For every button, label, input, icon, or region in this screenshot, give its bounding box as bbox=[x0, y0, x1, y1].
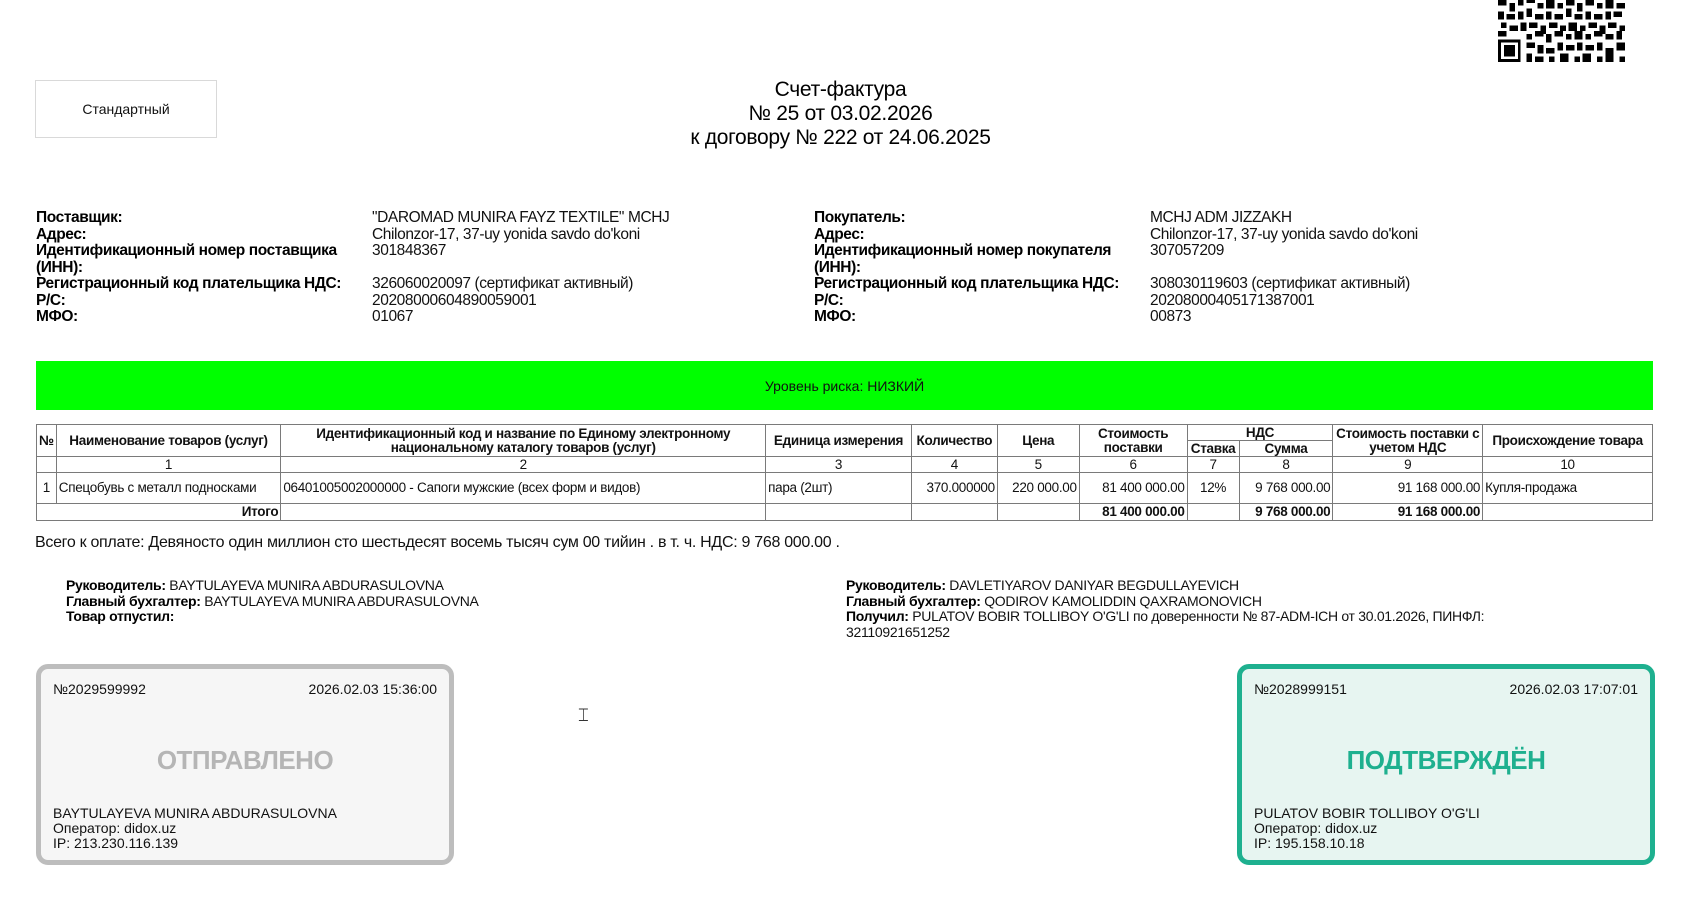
col-header-catalog: Идентификационный код и название по Един… bbox=[281, 425, 766, 457]
supplier-name: "DAROMAD MUNIRA FAYZ TEXTILE" MCHJ bbox=[372, 210, 669, 227]
supplier-vat: 326060020097 (сертификат активный) bbox=[372, 276, 633, 293]
risk-level-text: Уровень риска: НИЗКИЙ bbox=[765, 378, 924, 394]
buyer-account: 20208000405171387001 bbox=[1150, 293, 1314, 310]
buyer-inn-label: Идентификационный номер покупателя (ИНН)… bbox=[814, 243, 1150, 276]
supplier-signers: Руководитель: BAYTULAYEVA MUNIRA ABDURAS… bbox=[66, 578, 479, 625]
title-line-3: к договору № 222 от 24.06.2025 bbox=[0, 126, 1681, 150]
column-numbers-row: 1 2 3 4 5 6 7 8 9 10 bbox=[37, 457, 1653, 473]
total-vat-sum: 9 768 000.00 bbox=[1239, 504, 1333, 521]
cell-no: 1 bbox=[37, 473, 57, 504]
cell-name: Спецобувь с металл подносками bbox=[56, 473, 281, 504]
supplier-director: BAYTULAYEVA MUNIRA ABDURASULOVNA bbox=[169, 577, 443, 593]
col-header-vat: НДС bbox=[1187, 425, 1333, 441]
buyer-director-label: Руководитель: bbox=[846, 577, 946, 593]
supplier-address-label: Адрес: bbox=[36, 227, 372, 244]
total-cost: 81 400 000.00 bbox=[1079, 504, 1187, 521]
buyer-mfo-label: МФО: bbox=[814, 309, 1150, 326]
buyer-name: MCHJ ADM JIZZAKH bbox=[1150, 210, 1292, 227]
table-row: 1 Спецобувь с металл подносками 06401005… bbox=[37, 473, 1653, 504]
total-row: Итого 81 400 000.00 9 768 000.00 91 168 … bbox=[37, 504, 1653, 521]
stamp-signer-name: PULATOV BOBIR TOLLIBOY O'G'LI bbox=[1254, 806, 1480, 821]
supplier-vat-label: Регистрационный код плательщика НДС: bbox=[36, 276, 372, 293]
cell-vat-sum: 9 768 000.00 bbox=[1239, 473, 1333, 504]
col-header-cost: Стоимость поставки bbox=[1079, 425, 1187, 457]
stamp-ip: IP: 213.230.116.139 bbox=[53, 836, 337, 851]
buyer-mfo: 00873 bbox=[1150, 309, 1191, 326]
cell-origin: Купля-продажа bbox=[1483, 473, 1653, 504]
col-header-unit: Единица измерения bbox=[766, 425, 912, 457]
supplier-block: Поставщик:"DAROMAD MUNIRA FAYZ TEXTILE" … bbox=[36, 210, 669, 326]
buyer-director: DAVLETIYAROV DANIYAR BEGDULLAYEVICH bbox=[949, 577, 1239, 593]
items-table: № Наименование товаров (услуг) Идентифик… bbox=[36, 424, 1653, 521]
received-by-label: Получил: bbox=[846, 608, 909, 624]
stamp-status: ОТПРАВЛЕНО bbox=[41, 745, 449, 776]
col-num-4: 4 bbox=[911, 457, 997, 473]
title-line-2: № 25 от 03.02.2026 bbox=[0, 102, 1681, 126]
released-by-label: Товар отпустил: bbox=[66, 608, 174, 624]
stamp-number: №2028999151 bbox=[1254, 681, 1347, 697]
total-in-words: Всего к оплате: Девяносто один миллион с… bbox=[35, 534, 840, 552]
supplier-inn-label: Идентификационный номер поставщика (ИНН)… bbox=[36, 243, 372, 276]
text-cursor-icon: ⌶ bbox=[578, 705, 589, 726]
stamp-datetime: 2026.02.03 15:36:00 bbox=[309, 681, 437, 697]
supplier-accountant: BAYTULAYEVA MUNIRA ABDURASULOVNA bbox=[204, 593, 478, 609]
stamp-signer-name: BAYTULAYEVA MUNIRA ABDURASULOVNA bbox=[53, 806, 337, 821]
confirmed-stamp: №2028999151 2026.02.03 17:07:01 ПОДТВЕРЖ… bbox=[1237, 664, 1655, 865]
col-num-7: 7 bbox=[1187, 457, 1239, 473]
cell-catalog: 06401005002000000 - Сапоги мужские (всех… bbox=[281, 473, 766, 504]
col-header-cost-with-vat: Стоимость поставки с учетом НДС bbox=[1333, 425, 1483, 457]
supplier-mfo-label: МФО: bbox=[36, 309, 372, 326]
col-header-vat-sum: Сумма bbox=[1239, 441, 1333, 457]
document-title: Счет-фактура № 25 от 03.02.2026 к догово… bbox=[0, 78, 1681, 150]
total-cost-with-vat: 91 168 000.00 bbox=[1333, 504, 1483, 521]
supplier-account-label: Р/С: bbox=[36, 293, 372, 310]
buyer-vat: 308030119603 (сертификат активный) bbox=[1150, 276, 1410, 293]
received-by: PULATOV BOBIR TOLLIBOY O'G'LI по доверен… bbox=[846, 608, 1484, 640]
col-num-10: 10 bbox=[1483, 457, 1653, 473]
col-num-3: 3 bbox=[766, 457, 912, 473]
supplier-inn: 301848367 bbox=[372, 243, 446, 276]
supplier-director-label: Руководитель: bbox=[66, 577, 166, 593]
cell-price: 220 000.00 bbox=[997, 473, 1079, 504]
supplier-mfo: 01067 bbox=[372, 309, 413, 326]
buyer-accountant-label: Главный бухгалтер: bbox=[846, 593, 981, 609]
stamp-ip: IP: 195.158.10.18 bbox=[1254, 836, 1480, 851]
total-label: Итого bbox=[37, 504, 281, 521]
cell-vat-rate: 12% bbox=[1187, 473, 1239, 504]
col-header-no: № bbox=[37, 425, 57, 457]
risk-level-banner: Уровень риска: НИЗКИЙ bbox=[36, 361, 1653, 410]
buyer-address: Chilonzor-17, 37-uy yonida savdo do'koni bbox=[1150, 227, 1418, 244]
col-header-qty: Количество bbox=[911, 425, 997, 457]
title-line-1: Счет-фактура bbox=[0, 78, 1681, 102]
buyer-account-label: Р/С: bbox=[814, 293, 1150, 310]
col-header-vat-rate: Ставка bbox=[1187, 441, 1239, 457]
col-header-name: Наименование товаров (услуг) bbox=[56, 425, 281, 457]
stamp-operator: Оператор: didox.uz bbox=[53, 821, 337, 836]
cell-cost: 81 400 000.00 bbox=[1079, 473, 1187, 504]
col-num-5: 5 bbox=[997, 457, 1079, 473]
col-header-origin: Происхождение товара bbox=[1483, 425, 1653, 457]
stamp-number: №2029599992 bbox=[53, 681, 146, 697]
buyer-name-label: Покупатель: bbox=[814, 210, 1150, 227]
buyer-inn: 307057209 bbox=[1150, 243, 1224, 276]
supplier-name-label: Поставщик: bbox=[36, 210, 372, 227]
col-num-6: 6 bbox=[1079, 457, 1187, 473]
supplier-accountant-label: Главный бухгалтер: bbox=[66, 593, 201, 609]
buyer-vat-label: Регистрационный код плательщика НДС: bbox=[814, 276, 1150, 293]
supplier-address: Chilonzor-17, 37-uy yonida savdo do'koni bbox=[372, 227, 640, 244]
cell-qty: 370.000000 bbox=[911, 473, 997, 504]
qr-code-icon bbox=[1494, 0, 1632, 62]
buyer-signers: Руководитель: DAVLETIYAROV DANIYAR BEGDU… bbox=[846, 578, 1566, 640]
col-num-8: 8 bbox=[1239, 457, 1333, 473]
cell-unit: пара (2шт) bbox=[766, 473, 912, 504]
supplier-account: 20208000604890059001 bbox=[372, 293, 536, 310]
stamp-operator: Оператор: didox.uz bbox=[1254, 821, 1480, 836]
buyer-address-label: Адрес: bbox=[814, 227, 1150, 244]
col-num-2: 2 bbox=[281, 457, 766, 473]
sent-stamp: №2029599992 2026.02.03 15:36:00 ОТПРАВЛЕ… bbox=[36, 664, 454, 865]
col-num-9: 9 bbox=[1333, 457, 1483, 473]
stamp-status: ПОДТВЕРЖДЁН bbox=[1242, 745, 1650, 776]
cell-cost-with-vat: 91 168 000.00 bbox=[1333, 473, 1483, 504]
stamp-datetime: 2026.02.03 17:07:01 bbox=[1510, 681, 1638, 697]
buyer-block: Покупатель:MCHJ ADM JIZZAKH Адрес:Chilon… bbox=[814, 210, 1418, 326]
buyer-accountant: QODIROV KAMOLIDDIN QAXRAMONOVICH bbox=[984, 593, 1261, 609]
col-header-price: Цена bbox=[997, 425, 1079, 457]
col-num-1: 1 bbox=[56, 457, 281, 473]
